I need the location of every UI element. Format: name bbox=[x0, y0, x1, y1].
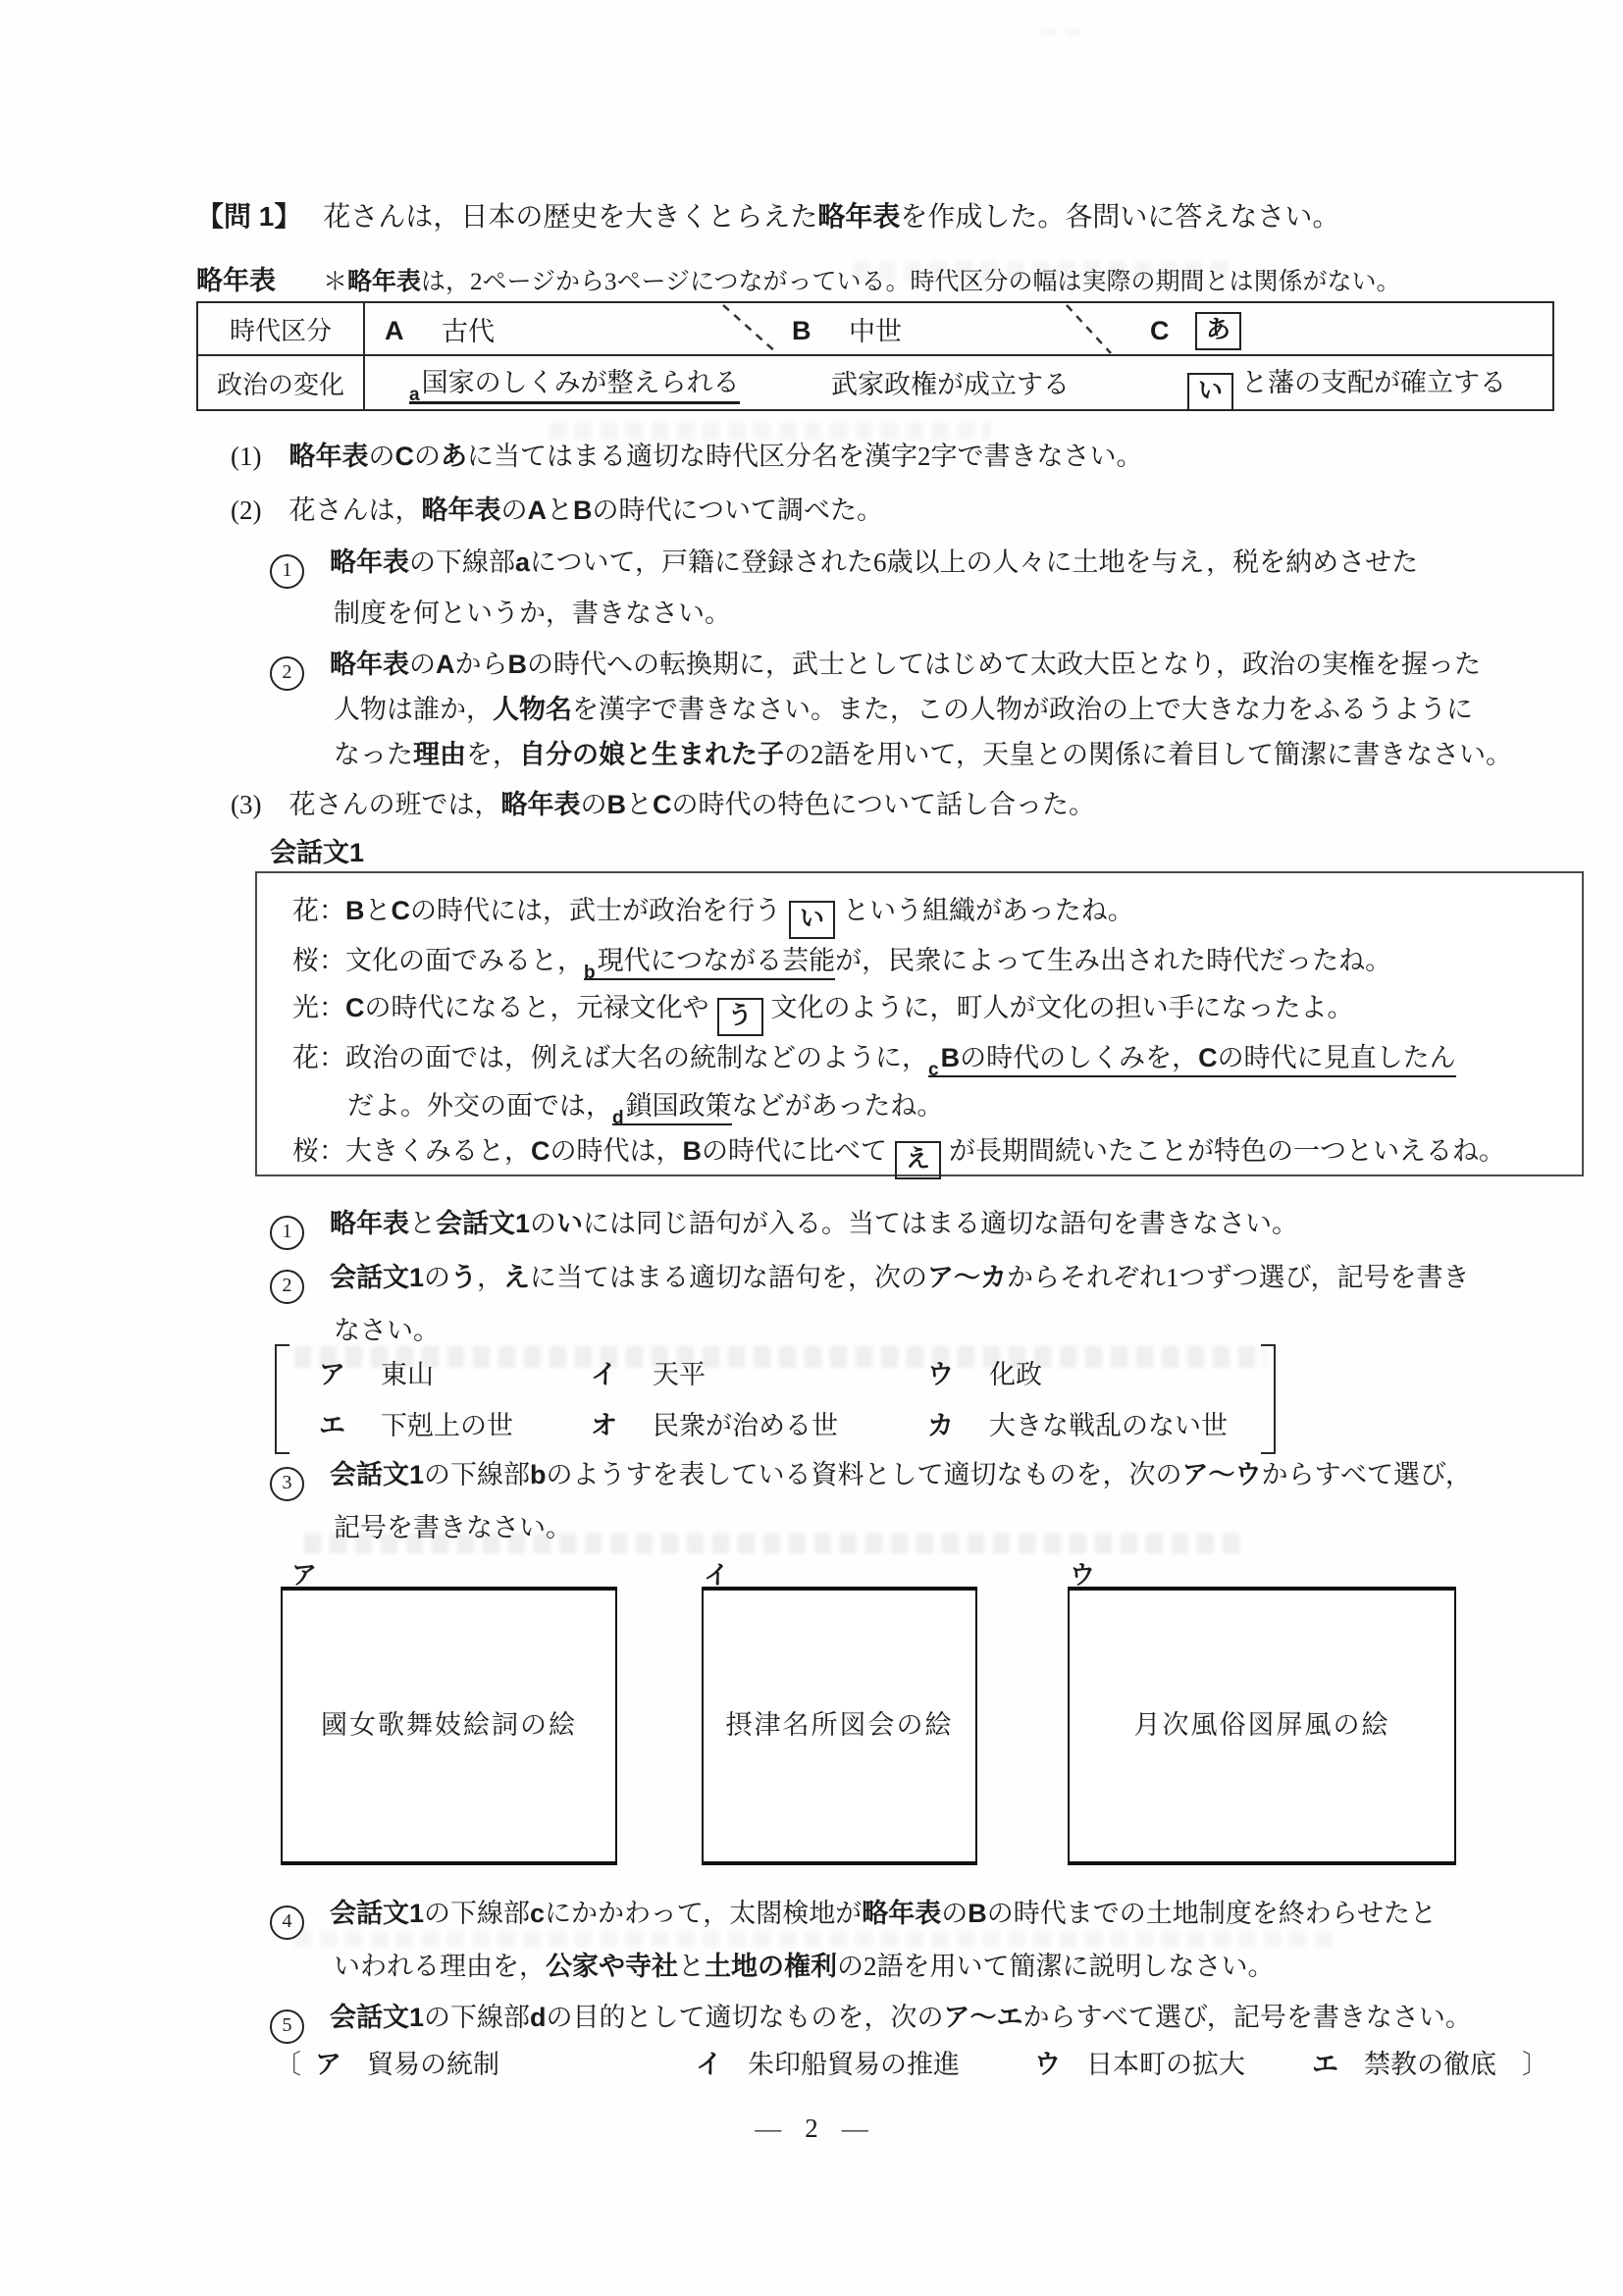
option-value: 貿易の統制 bbox=[367, 2050, 499, 2079]
option-key: イ bbox=[591, 1358, 617, 1392]
q3s4-seg: 公家や寺社 bbox=[546, 1952, 678, 1981]
underline-c: cBの時代のしくみを，Cの時代に見直したん bbox=[928, 1043, 1456, 1077]
d1-seg: の時代には，武士が政治を行う bbox=[410, 896, 781, 925]
q2s2-seg: 人物は誰か， bbox=[334, 695, 493, 724]
d4b-underlined: 鎖国政策 bbox=[626, 1091, 732, 1121]
d1-seg: C bbox=[392, 896, 411, 925]
d3-seg: C bbox=[345, 993, 365, 1022]
q2s2-seg: を漢字で書きなさい。また，この人物が政治の上で大きな力をふるうように bbox=[572, 695, 1473, 724]
q3-seg: と bbox=[626, 790, 653, 819]
q3s3-seg: のようすを表している資料として適切なものを，次の bbox=[547, 1460, 1182, 1489]
row-header-era: 時代区分 bbox=[198, 315, 363, 348]
era-b-name: 中世 bbox=[849, 315, 902, 349]
q3s4-seg: の bbox=[941, 1899, 968, 1928]
heading-text: 花さんは，日本の歴史を大きくとらえた bbox=[323, 202, 817, 233]
politics-c-text: と藩の支配が確立する bbox=[1241, 368, 1506, 397]
dialog-line-5: 桜：大きくみると，Cの時代は，Bの時代に比べてえが長期間続いたことが特色の一つと… bbox=[292, 1134, 1505, 1179]
q3s4-seg: 土地の権利 bbox=[705, 1952, 837, 1981]
q1-seg: 略年表 bbox=[288, 442, 368, 471]
q2s2-seg: の時代への転換期に，武士としてはじめて太政大臣となり，政治の実権を握った bbox=[527, 650, 1481, 679]
q3s1-seg: の bbox=[530, 1209, 556, 1238]
q3s5-seg: の下線部 bbox=[424, 2003, 530, 2032]
underline-marker-d: d bbox=[612, 1108, 624, 1128]
q2-seg: の bbox=[500, 496, 527, 525]
speaker-hikari: 光： bbox=[292, 991, 345, 1025]
figure-caption-i: 摂津名所図会の絵 bbox=[726, 1708, 954, 1743]
circled-number-3: 3 bbox=[270, 1467, 304, 1501]
figure-box-i: 摂津名所図会の絵 bbox=[702, 1587, 977, 1865]
q3s3-seg: 会話文1 bbox=[330, 1460, 424, 1489]
question-3-sub4: 4会話文1の下線部cにかかわって，太閤検地が略年表のBの時代までの土地制度を終わ… bbox=[270, 1897, 1437, 1940]
option-key: ア bbox=[319, 1358, 345, 1392]
question-2-sub2-line2: 人物は誰か，人物名を漢字で書きなさい。また，この人物が政治の上で大きな力をふるう… bbox=[334, 693, 1473, 727]
option-key: カ bbox=[927, 1409, 954, 1443]
q3s2-seg: 会話文1 bbox=[330, 1263, 424, 1292]
d4-seg: 政治の面では，例えば大名の統制などのように， bbox=[345, 1043, 928, 1072]
q3s3-seg: b bbox=[530, 1460, 547, 1489]
dialog-line-2: 桜：文化の面でみると，b現代につながる芸能が，民衆によって生み出された時代だった… bbox=[292, 944, 1391, 986]
figure-box-a: 國女歌舞妓絵詞の絵 bbox=[281, 1587, 617, 1865]
underline-marker-a: a bbox=[409, 385, 420, 405]
footer-dash-right: — bbox=[842, 2113, 868, 2143]
heading-text-rest: を作成した。各問いに答えなさい。 bbox=[900, 202, 1339, 233]
underline-a: a国家のしくみが整えられる bbox=[409, 368, 740, 404]
option-value: 下剋上の世 bbox=[381, 1409, 513, 1443]
q3s4-seg: いわれる理由を， bbox=[334, 1952, 546, 1981]
question-2-sub2-line3: なった理由を，自分の娘と生まれた子の2語を用いて，天皇との関係に着目して簡潔に書… bbox=[334, 738, 1512, 772]
q2s2-seg: 自分の娘と生まれた子 bbox=[519, 740, 784, 769]
era-a-letter: A bbox=[385, 314, 404, 348]
q2s2-seg: なった bbox=[334, 740, 413, 769]
figure-box-u: 月次風俗図屏風の絵 bbox=[1068, 1587, 1456, 1865]
underline-b: b現代につながる芸能 bbox=[584, 946, 835, 980]
question-3-sub2: 2会話文1のう，えに当てはまる適切な語句を，次のア〜カからそれぞれ1つずつ選び，… bbox=[270, 1261, 1469, 1304]
q2s1-seg: a bbox=[515, 548, 530, 577]
politics-a: a国家のしくみが整えられる bbox=[409, 366, 740, 408]
d5-seg: が長期間続いたことが特色の一つといえるね。 bbox=[949, 1136, 1505, 1166]
blank-e-box: え bbox=[895, 1141, 941, 1179]
dialog-line-1: 花：BとCの時代には，武士が政治を行ういという組織があったね。 bbox=[292, 894, 1134, 939]
option-group-a-e: 〔ア貿易の統制イ朱印船貿易の推進ウ日本町の拡大エ禁教の徹底〕 bbox=[275, 2048, 1548, 2082]
question-3-sub4-line2: いわれる理由を，公家や寺社と土地の権利の2語を用いて簡潔に説明しなさい。 bbox=[334, 1950, 1275, 1984]
q3s2-seg: の bbox=[424, 1263, 450, 1292]
q2s2-seg: の2語を用いて，天皇との関係に着目して簡潔に書きなさい。 bbox=[784, 740, 1512, 769]
footer-dash-left: — bbox=[755, 2113, 781, 2143]
dialog-line-4a: 花：政治の面では，例えば大名の統制などのように，cBの時代のしくみを，Cの時代に… bbox=[292, 1041, 1456, 1083]
q2s2-seg: 略年表 bbox=[330, 650, 409, 679]
q3s1-seg: 略年表 bbox=[330, 1209, 409, 1238]
q3-seg: の時代の特色について話し合った。 bbox=[671, 790, 1094, 819]
q3s4-seg: の2語を用いて簡潔に説明しなさい。 bbox=[837, 1952, 1275, 1981]
q2-seg: 花さんは， bbox=[288, 496, 421, 525]
politics-c: いと藩の支配が確立する bbox=[1179, 366, 1506, 411]
q2s2-seg: A bbox=[436, 650, 455, 679]
question-3-sub5: 5会話文1の下線部dの目的として適切なものを，次のア〜エからすべて選び，記号を書… bbox=[270, 2001, 1472, 2044]
q2-seg: B bbox=[573, 496, 593, 525]
q1-seg: あ bbox=[441, 442, 467, 471]
q3s2-seg: う bbox=[450, 1263, 477, 1292]
heading-bold-term: 略年表 bbox=[817, 201, 900, 232]
question-1-number: (1) bbox=[231, 440, 261, 474]
option-value: 化政 bbox=[989, 1358, 1042, 1392]
option-item: ウ日本町の拡大 bbox=[1034, 2050, 1245, 2079]
q2s2-seg: B bbox=[508, 650, 528, 679]
politics-b-text: 武家政権が成立する bbox=[831, 368, 1070, 402]
q3s2-seg: からそれぞれ1つずつ選び，記号を書き bbox=[1007, 1263, 1469, 1292]
q3s5-seg: d bbox=[530, 2003, 547, 2032]
circled-number-1: 1 bbox=[270, 554, 304, 589]
q2-seg: の時代について調べた。 bbox=[592, 496, 882, 525]
d5-seg: の時代に比べて bbox=[702, 1136, 887, 1166]
dialog-label: 会話文1 bbox=[270, 836, 364, 870]
q3s1-seg: 会話文1 bbox=[436, 1209, 530, 1238]
option-key: ウ bbox=[927, 1358, 954, 1392]
option-item: エ禁教の徹底 bbox=[1312, 2050, 1496, 2079]
option-value: 禁教の徹底 bbox=[1364, 2050, 1496, 2079]
figure-caption-a: 國女歌舞妓絵詞の絵 bbox=[321, 1708, 577, 1743]
question-3-number: (3) bbox=[231, 788, 261, 822]
option-value: 大きな戦乱のない世 bbox=[989, 1409, 1228, 1443]
q3-seg: の bbox=[580, 790, 606, 819]
question-2-sub2: 2略年表のAからBの時代への転換期に，武士としてはじめて太政大臣となり，政治の実… bbox=[270, 648, 1481, 691]
q3s2-seg: ア〜カ bbox=[927, 1263, 1007, 1292]
d5-seg: 大きくみると， bbox=[345, 1136, 531, 1166]
question-2-number: (2) bbox=[231, 494, 261, 528]
q2s2-seg: 人物名 bbox=[493, 695, 572, 724]
timeline-note-bold: 略年表 bbox=[347, 268, 421, 295]
era-c-blank-box: あ bbox=[1187, 312, 1249, 350]
timeline-caption-line: 略年表＊略年表は，2ページから3ページにつながっている。時代区分の幅は実際の期間… bbox=[196, 264, 1401, 299]
row-header-politics: 政治の変化 bbox=[198, 369, 363, 402]
q3s4-seg: の下線部 bbox=[424, 1899, 530, 1928]
q3s4-seg: 会話文1 bbox=[330, 1899, 424, 1928]
q3-seg: 略年表 bbox=[500, 790, 580, 819]
q3s4-seg: の時代までの土地制度を終わらせたと bbox=[987, 1899, 1437, 1928]
d4-underlined: C bbox=[1198, 1043, 1218, 1072]
circled-number-2: 2 bbox=[270, 656, 304, 691]
d5-seg: B bbox=[683, 1136, 703, 1166]
problem-heading: 【問 1】花さんは，日本の歴史を大きくとらえた略年表を作成した。各問いに答えなさ… bbox=[196, 199, 1339, 235]
exam-page-scan: 【問 1】花さんは，日本の歴史を大きくとらえた略年表を作成した。各問いに答えなさ… bbox=[0, 0, 1623, 2296]
question-3-sub1: 1略年表と会話文1のいには同じ語句が入る。当てはまる適切な語句を書きなさい。 bbox=[270, 1207, 1298, 1250]
timeline-label: 略年表 bbox=[196, 266, 276, 295]
q2s2-seg: の bbox=[409, 650, 436, 679]
d5-seg: C bbox=[531, 1136, 550, 1166]
underline-marker-c: c bbox=[928, 1060, 939, 1080]
circled-number-2: 2 bbox=[270, 1270, 304, 1304]
page-number: 2 bbox=[805, 2113, 818, 2143]
q2s2-seg: 理由 bbox=[413, 740, 466, 769]
option-key: ウ bbox=[1034, 2050, 1061, 2079]
q2s1-seg: の下線部 bbox=[409, 548, 515, 577]
question-3-sub3-line2: 記号を書きなさい。 bbox=[334, 1511, 572, 1545]
d3-seg: 文化のように，町人が文化の担い手になったよ。 bbox=[771, 993, 1354, 1022]
q3s4-seg: B bbox=[968, 1899, 987, 1928]
q3s1-seg: には同じ語句が入る。当てはまる適切な語句を書きなさい。 bbox=[583, 1209, 1298, 1238]
d4-underlined: B bbox=[941, 1043, 961, 1072]
q3-seg: 花さんの班では， bbox=[288, 790, 500, 819]
q3s2-seg: え bbox=[503, 1263, 530, 1292]
era-a-name: 古代 bbox=[442, 315, 495, 349]
q3s4-seg: 略年表 bbox=[862, 1899, 941, 1928]
d1-seg: と bbox=[365, 896, 392, 925]
q1-seg: に当てはまる適切な時代区分名を漢字2字で書きなさい。 bbox=[467, 442, 1143, 471]
q2-seg: A bbox=[527, 496, 547, 525]
page-footer: —2— bbox=[0, 2112, 1623, 2146]
blank-a-char: あ bbox=[1195, 312, 1241, 350]
dialog-box: 花：BとCの時代には，武士が政治を行ういという組織があったね。 桜：文化の面でみ… bbox=[255, 871, 1584, 1176]
option-group-a-ka: ア東山 イ天平 ウ化政 エ下剋上の世 オ民衆が治める世 カ大きな戦乱のない世 bbox=[275, 1344, 1276, 1454]
q1-seg: の bbox=[368, 442, 394, 471]
q3s5-seg: 会話文1 bbox=[330, 2003, 424, 2032]
q3s1-seg: い bbox=[556, 1209, 583, 1238]
q3s3-seg: ア〜ウ bbox=[1182, 1460, 1262, 1489]
q2s1-seg: 略年表 bbox=[330, 548, 409, 577]
blank-i-box: い bbox=[789, 901, 835, 939]
blank-i-char: い bbox=[1187, 373, 1233, 411]
option-value: 日本町の拡大 bbox=[1086, 2050, 1245, 2079]
question-3-sub3: 3会話文1の下線部bのようすを表している資料として適切なものを，次のア〜ウからす… bbox=[270, 1458, 1472, 1501]
underline-marker-b: b bbox=[584, 963, 596, 983]
q2s2-seg: から bbox=[455, 650, 508, 679]
timeline-note-star: ＊ bbox=[323, 269, 347, 295]
speaker-sakura: 桜： bbox=[292, 1134, 345, 1169]
d2-underlined: 現代につながる芸能 bbox=[598, 946, 835, 975]
d4b-seg: だよ。外交の面では， bbox=[347, 1091, 612, 1121]
q1-seg: の bbox=[414, 442, 441, 471]
dialog-line-4b: だよ。外交の面では，d鎖国政策などがあったね。 bbox=[347, 1089, 943, 1131]
option-item: ア貿易の統制 bbox=[315, 2050, 499, 2079]
bracket-close: 〕 bbox=[1522, 2050, 1548, 2079]
bleed-through-artifact bbox=[550, 422, 991, 440]
q3s2-seg: ， bbox=[477, 1263, 503, 1292]
option-value: 民衆が治める世 bbox=[653, 1409, 838, 1443]
circled-number-5: 5 bbox=[270, 2009, 304, 2044]
q2s1-seg: について，戸籍に登録された6歳以上の人々に土地を与え，税を納めさせた bbox=[530, 548, 1418, 577]
q3s4-seg: c bbox=[530, 1899, 545, 1928]
timeline-note-text: は，2ページから3ページにつながっている。時代区分の幅は実際の期間とは関係がない… bbox=[421, 269, 1401, 295]
blank-u-box: う bbox=[717, 998, 763, 1036]
d2-seg: 文化の面でみると， bbox=[345, 946, 584, 975]
q3s3-seg: の下線部 bbox=[424, 1460, 530, 1489]
table-row-divider bbox=[198, 354, 1552, 356]
timeline-table: 時代区分 政治の変化 A 古代 B 中世 C あ a国家のしくみが整えられる 武… bbox=[196, 301, 1554, 411]
option-key: エ bbox=[319, 1409, 345, 1443]
question-3: (3)花さんの班では，略年表のBとCの時代の特色について話し合った。 bbox=[231, 788, 1095, 822]
q3-seg: C bbox=[653, 790, 672, 819]
option-value: 朱印船貿易の推進 bbox=[748, 2050, 960, 2079]
d5-seg: の時代は， bbox=[550, 1136, 683, 1166]
d2-seg: が，民衆によって生み出された時代だったね。 bbox=[835, 946, 1391, 975]
d4-underlined: の時代のしくみを， bbox=[960, 1043, 1198, 1072]
d1-seg: B bbox=[345, 896, 365, 925]
option-key: イ bbox=[696, 2050, 722, 2079]
q3-seg: B bbox=[606, 790, 626, 819]
option-key: オ bbox=[591, 1409, 617, 1443]
underline-d: d鎖国政策 bbox=[612, 1091, 732, 1125]
era-b-letter: B bbox=[792, 314, 811, 348]
question-1: (1)略年表のCのあに当てはまる適切な時代区分名を漢字2字で書きなさい。 bbox=[231, 440, 1142, 474]
q3s5-seg: からすべて選び，記号を書きなさい。 bbox=[1023, 2003, 1472, 2032]
speaker-hana: 花： bbox=[292, 894, 345, 928]
option-key: ア bbox=[315, 2050, 341, 2079]
bracket-open: 〔 bbox=[275, 2050, 301, 2079]
circled-number-4: 4 bbox=[270, 1905, 304, 1940]
q2s2-seg: を， bbox=[466, 740, 519, 769]
d4b-seg: などがあったね。 bbox=[732, 1091, 944, 1121]
option-row-1: ア東山 イ天平 ウ化政 bbox=[275, 1358, 1276, 1393]
q3s1-seg: と bbox=[409, 1209, 436, 1238]
q3s3-seg: からすべて選び， bbox=[1262, 1460, 1472, 1489]
question-2: (2)花さんは，略年表のAとBの時代について調べた。 bbox=[231, 494, 883, 528]
figure-caption-u: 月次風俗図屏風の絵 bbox=[1134, 1708, 1390, 1743]
question-2-sub1: 1略年表の下線部aについて，戸籍に登録された6歳以上の人々に土地を与え，税を納め… bbox=[270, 546, 1418, 589]
speaker-hana: 花： bbox=[292, 1041, 345, 1075]
scan-artifact bbox=[1040, 29, 1081, 35]
q3s5-seg: の目的として適切なものを，次の bbox=[547, 2003, 944, 2032]
speaker-sakura: 桜： bbox=[292, 944, 345, 978]
option-item: イ朱印船貿易の推進 bbox=[696, 2050, 960, 2079]
q3s2-seg: に当てはまる適切な語句を，次の bbox=[530, 1263, 927, 1292]
d4-underlined: の時代に見直したん bbox=[1218, 1043, 1456, 1072]
question-3-sub2-line2: なさい。 bbox=[334, 1314, 440, 1348]
politics-a-text: 国家のしくみが整えられる bbox=[422, 368, 740, 397]
d3-seg: の時代になると，元禄文化や bbox=[365, 993, 709, 1022]
dialog-line-3: 光：Cの時代になると，元禄文化やう文化のように，町人が文化の担い手になったよ。 bbox=[292, 991, 1354, 1036]
q3s5-seg: ア〜エ bbox=[944, 2003, 1023, 2032]
problem-number-tag: 【問 1】 bbox=[196, 201, 301, 232]
question-2-sub1-line2: 制度を何というか，書きなさい。 bbox=[334, 597, 731, 631]
q2-seg: と bbox=[547, 496, 573, 525]
q3s4-seg: と bbox=[678, 1952, 705, 1981]
q1-seg: C bbox=[394, 442, 414, 471]
option-row-2: エ下剋上の世 オ民衆が治める世 カ大きな戦乱のない世 bbox=[275, 1409, 1276, 1444]
option-key: エ bbox=[1312, 2050, 1338, 2079]
option-value: 天平 bbox=[653, 1358, 706, 1392]
era-c-letter: C bbox=[1150, 314, 1170, 348]
option-value: 東山 bbox=[381, 1358, 434, 1392]
q3s4-seg: にかかわって，太閤検地が bbox=[545, 1899, 862, 1928]
circled-number-1: 1 bbox=[270, 1216, 304, 1250]
q2-seg: 略年表 bbox=[421, 496, 500, 525]
d1-seg: という組織があったね。 bbox=[843, 896, 1134, 925]
